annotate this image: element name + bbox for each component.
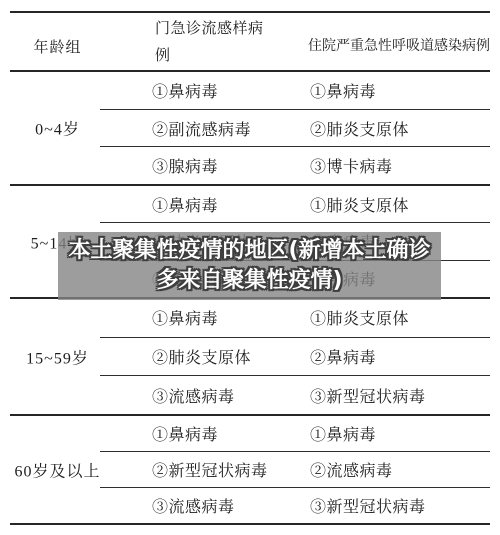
table-row: ①鼻病毒 ①鼻病毒 [100,416,490,451]
inpatient-pathogen-cell: ③新型冠状病毒 [310,494,426,517]
outpatient-pathogen-cell: ①鼻病毒 [152,79,218,102]
inpatient-pathogen-cell: ①鼻病毒 [310,422,376,445]
table-row: ①鼻病毒 ①肺炎支原体 [100,299,490,337]
table-row: ②副流感病毒 ②肺炎支原体 [100,109,490,147]
table-top-rule [10,11,490,13]
inpatient-pathogen-cell: ②鼻病毒 [310,345,376,368]
outpatient-pathogen-cell: ③流感病毒 [152,384,235,407]
table-row: ①鼻病毒 ①肺炎支原体 [100,186,490,222]
age-group-label: 0~4岁 [0,117,115,140]
inpatient-pathogen-cell: ①肺炎支原体 [310,193,409,216]
age-group-label: 60岁及以上 [0,458,115,481]
headline-overlay: 本土聚集性疫情的地区(新增本土确诊 多来自聚集性疫情) [58,232,441,300]
pathogen-rows: ①鼻病毒 ①鼻病毒 ②副流感病毒 ②肺炎支原体 ③腺病毒 ③博卡病毒 [100,72,490,184]
age-group-section-60-plus: 60岁及以上 ①鼻病毒 ①鼻病毒 ②新型冠状病毒 ②流感病毒 ③流感病毒 ③新型… [0,416,500,523]
age-group-section-15-59: 15~59岁 ①鼻病毒 ①肺炎支原体 ②肺炎支原体 ②鼻病毒 ③流感病毒 ③新型… [0,299,500,414]
age-group-section-0-4: 0~4岁 ①鼻病毒 ①鼻病毒 ②副流感病毒 ②肺炎支原体 ③腺病毒 ③博卡病毒 [0,72,500,184]
inpatient-pathogen-cell: ②肺炎支原体 [310,117,409,140]
table-row: ②新型冠状病毒 ②流感病毒 [100,451,490,487]
outpatient-pathogen-cell: ②副流感病毒 [152,117,251,140]
inpatient-pathogen-cell: ②流感病毒 [310,458,393,481]
pathogen-rows: ①鼻病毒 ①肺炎支原体 ②肺炎支原体 ②鼻病毒 ③流感病毒 ③新型冠状病毒 [100,299,490,414]
headline-line-2: 多来自聚集性疫情) [156,266,342,296]
inpatient-pathogen-cell: ③博卡病毒 [310,154,393,177]
outpatient-pathogen-cell: ①鼻病毒 [152,193,218,216]
inpatient-pathogen-cell: ①鼻病毒 [310,79,376,102]
pathogen-rows: ①鼻病毒 ①鼻病毒 ②新型冠状病毒 ②流感病毒 ③流感病毒 ③新型冠状病毒 [100,416,490,523]
table-row: ③流感病毒 ③新型冠状病毒 [100,375,490,414]
inpatient-pathogen-cell: ③新型冠状病毒 [310,384,426,407]
outpatient-pathogen-cell: ②新型冠状病毒 [152,458,268,481]
outpatient-pathogen-cell: ②肺炎支原体 [152,345,251,368]
inpatient-pathogen-cell: ①肺炎支原体 [310,306,409,329]
outpatient-pathogen-cell: ①鼻病毒 [152,306,218,329]
surveillance-table-page: 年龄组 门急诊流感样病例 住院严重急性呼吸道感染病例 0~4岁 ①鼻病毒 ①鼻病… [0,0,500,535]
header-outpatient-ili-cases: 门急诊流感样病例 [155,16,267,70]
outpatient-pathogen-cell: ①鼻病毒 [152,422,218,445]
table-row: ②肺炎支原体 ②鼻病毒 [100,337,490,376]
header-hospitalized-sari-cases: 住院严重急性呼吸道感染病例 [308,35,494,55]
table-row: ③腺病毒 ③博卡病毒 [100,146,490,184]
age-group-label: 15~59岁 [0,345,115,368]
outpatient-pathogen-cell: ③腺病毒 [152,154,218,177]
table-bottom-rule [10,523,490,525]
header-age-group: 年龄组 [0,36,115,57]
table-row: ①鼻病毒 ①鼻病毒 [100,72,490,109]
outpatient-pathogen-cell: ③流感病毒 [152,494,235,517]
headline-line-1: 本土聚集性疫情的地区(新增本土确诊 [68,236,430,266]
table-row: ③流感病毒 ③新型冠状病毒 [100,487,490,523]
